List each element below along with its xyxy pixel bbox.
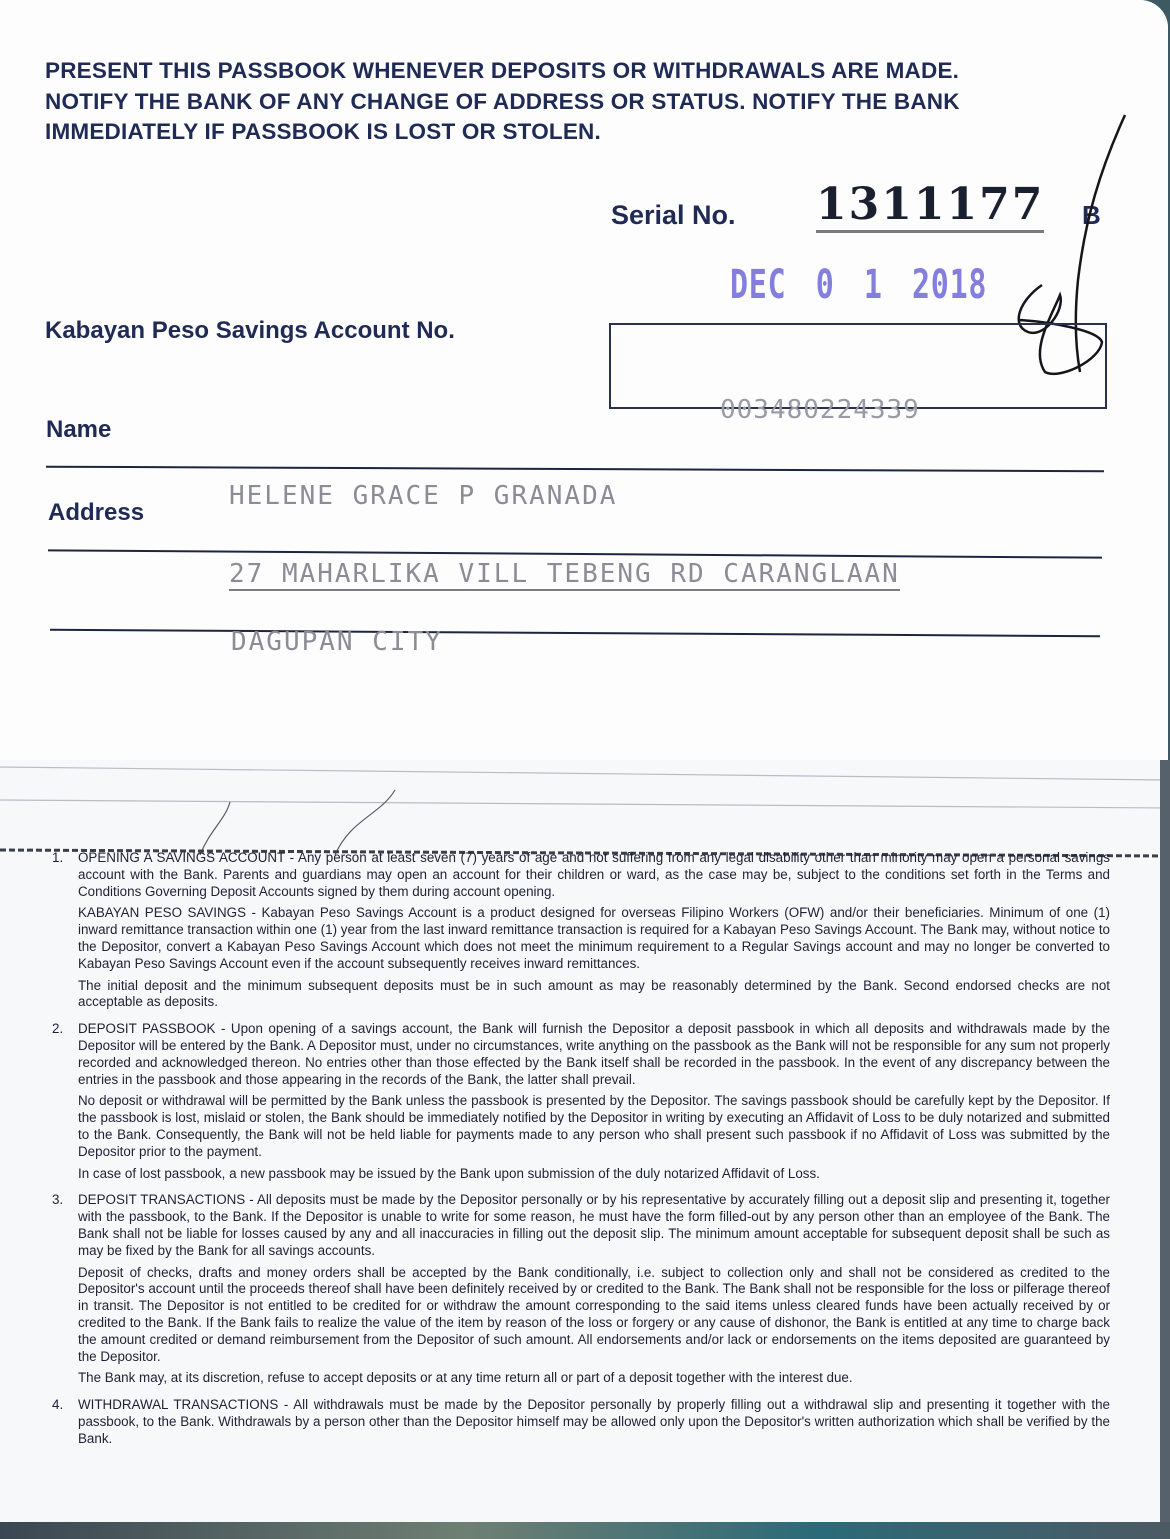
- term-item: 4. WITHDRAWAL TRANSACTIONS - All withdra…: [52, 1397, 1110, 1452]
- term-paragraph: KABAYAN PESO SAVINGS - Kabayan Peso Savi…: [78, 905, 1110, 972]
- notice-line: IMMEDIATELY IF PASSBOOK IS LOST OR STOLE…: [45, 117, 1125, 148]
- holder-name: HELENE GRACE P GRANADA: [229, 481, 617, 511]
- term-paragraph: DEPOSIT TRANSACTIONS - All deposits must…: [78, 1192, 1110, 1259]
- term-item: 3. DEPOSIT TRANSACTIONS - All deposits m…: [52, 1192, 1110, 1392]
- term-paragraph: WITHDRAWAL TRANSACTIONS - All withdrawal…: [78, 1397, 1110, 1447]
- serial-label: Serial No.: [611, 200, 736, 231]
- account-number-label: Kabayan Peso Savings Account No.: [45, 317, 455, 345]
- term-paragraph: In case of lost passbook, a new passbook…: [78, 1166, 1110, 1183]
- address-line-1: 27 MAHARLIKA VILL TEBENG RD CARANGLAAN: [229, 559, 900, 591]
- term-paragraph: DEPOSIT PASSBOOK - Upon opening of a sav…: [78, 1021, 1110, 1088]
- address-line-2: DAGUPAN CITY: [231, 627, 443, 657]
- passbook-page: PRESENT THIS PASSBOOK WHENEVER DEPOSITS …: [0, 0, 1168, 1522]
- term-paragraph: OPENING A SAVINGS ACCOUNT - Any person a…: [78, 850, 1110, 900]
- term-number: 3.: [52, 1192, 78, 1392]
- page-edge: [1160, 760, 1170, 1522]
- name-label: Name: [46, 416, 111, 444]
- term-number: 2.: [52, 1021, 78, 1187]
- notice-line: NOTIFY THE BANK OF ANY CHANGE OF ADDRESS…: [45, 87, 1125, 118]
- passbook-notice: PRESENT THIS PASSBOOK WHENEVER DEPOSITS …: [45, 56, 1125, 148]
- term-item: 2. DEPOSIT PASSBOOK - Upon opening of a …: [52, 1021, 1110, 1187]
- term-paragraph: No deposit or withdrawal will be permitt…: [78, 1093, 1110, 1160]
- term-paragraph: The Bank may, at its discretion, refuse …: [78, 1370, 1110, 1387]
- term-paragraph: The initial deposit and the minimum subs…: [78, 978, 1110, 1012]
- account-number: 003480224339: [720, 395, 920, 425]
- term-number: 4.: [52, 1397, 78, 1452]
- terms-and-conditions: 1. OPENING A SAVINGS ACCOUNT - Any perso…: [52, 850, 1110, 1458]
- date-stamp: DEC 0 1 2018: [730, 262, 987, 308]
- term-number: 1.: [52, 850, 78, 1016]
- term-item: 1. OPENING A SAVINGS ACCOUNT - Any perso…: [52, 850, 1110, 1016]
- passbook-cover-edge: [0, 1522, 1170, 1539]
- notice-line: PRESENT THIS PASSBOOK WHENEVER DEPOSITS …: [45, 56, 1125, 87]
- page-fold: [0, 760, 1168, 860]
- address-label: Address: [48, 499, 144, 527]
- term-paragraph: Deposit of checks, drafts and money orde…: [78, 1265, 1110, 1366]
